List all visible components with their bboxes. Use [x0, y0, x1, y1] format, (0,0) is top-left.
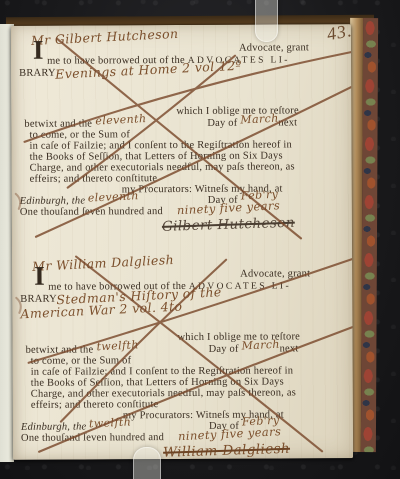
- return-day: twelfth: [96, 338, 139, 353]
- mounting-tab-bottom: [133, 447, 161, 479]
- form-text-edinburgh: Edinburgh, the: [20, 196, 85, 207]
- borrower-name: Mr Gilbert Hutcheson: [31, 26, 179, 48]
- form-text-failzie-4: effeirs; and thereto conſtitute: [30, 173, 158, 185]
- year-words: ninety five years: [177, 198, 281, 217]
- form-text-edinburgh: Edinburgh, the: [21, 422, 86, 433]
- return-month: March: [240, 112, 279, 127]
- form-text-to-come: to come, or the Sum of: [31, 355, 132, 367]
- signed-day: twelfth: [89, 415, 132, 430]
- form-text-betwixt: betwixt and the: [24, 118, 92, 129]
- form-text-failzie-4: effeirs; and thereto conſtitute: [31, 399, 159, 411]
- photo-of-ledger-page: 43. Mr Gilbert Hutcheson I Advocate, gra…: [0, 0, 400, 479]
- form-text-day-of: Day of: [209, 344, 239, 355]
- borrower-signature-struck: Gilbert Hutcheson: [162, 215, 295, 235]
- borrowing-entry-1: Mr Gilbert Hutcheson I Advocate, grant m…: [11, 30, 352, 238]
- form-text-failzie-3: Charge, and other executorials needful, …: [30, 161, 295, 173]
- form-text-oblige: which I oblige me to reſtore: [177, 331, 300, 343]
- borrower-name: Mr William Dalgliesh: [32, 252, 175, 274]
- mounting-tab-top: [255, 0, 278, 42]
- form-text-brary: BRARY: [19, 68, 56, 79]
- form-text-next: next: [280, 343, 299, 354]
- form-text-betwixt: betwixt and the: [26, 344, 94, 355]
- dropcap-initial: I: [33, 38, 44, 62]
- form-text-oblige: which I oblige me to reſtore: [176, 105, 299, 117]
- form-text-to-come: to come, or the Sum of: [29, 129, 130, 141]
- dropcap-initial: I: [34, 264, 45, 288]
- form-text-day-of: Day of: [207, 118, 237, 129]
- form-text-failzie-3: Charge, and other executorials needful, …: [31, 387, 296, 399]
- form-text-advocate-grant: Advocate, grant: [240, 268, 310, 279]
- form-text-next: next: [278, 117, 297, 128]
- marbled-edge: [361, 18, 378, 452]
- form-text-one-thousand: One thouſand ſeven hundred and: [20, 206, 163, 218]
- borrowing-entry-2: Mr William Dalgliesh I Advocate, grant m…: [12, 256, 353, 464]
- return-month: March: [241, 338, 280, 353]
- ledger-page: 43. Mr Gilbert Hutcheson I Advocate, gra…: [11, 24, 353, 460]
- return-day: eleventh: [95, 112, 147, 127]
- form-text-advocate-grant: Advocate, grant: [239, 42, 309, 53]
- form-text-one-thousand: One thouſand ſeven hundred and: [21, 432, 164, 444]
- borrower-signature-struck: William Dalgliesh: [163, 441, 290, 461]
- signed-day: eleventh: [87, 189, 139, 204]
- year-words: ninety five years: [178, 424, 282, 443]
- form-text-brary: BRARY: [20, 294, 57, 305]
